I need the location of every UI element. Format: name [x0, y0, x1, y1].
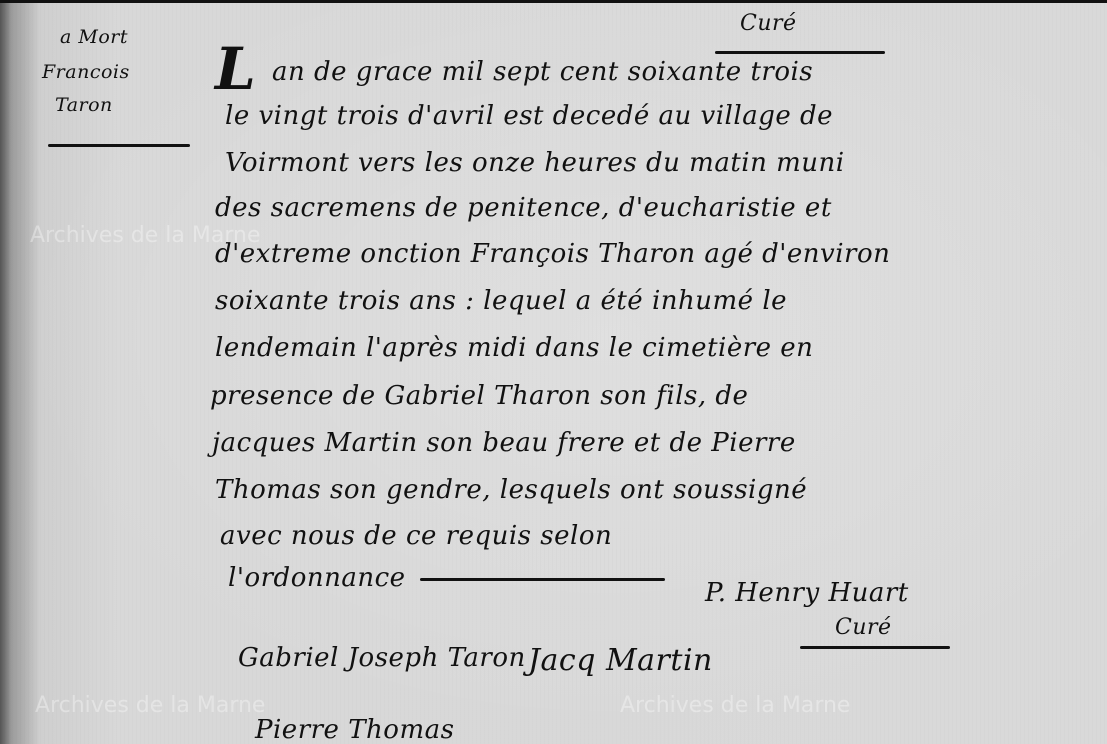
entry-line-8: presence de Gabriel Tharon son fils, de [210, 381, 748, 411]
witness-signature-1: Gabriel Joseph Taron [238, 643, 526, 673]
priest-signature: P. Henry Huart [705, 578, 909, 608]
watermark-lower-right: Archives de la Marne [620, 693, 850, 718]
previous-entry-rule [715, 51, 885, 54]
entry-line-3: Voirmont vers les onze heures du matin m… [225, 148, 845, 178]
entry-line-2: le vingt trois d'avril est decedé au vil… [225, 101, 833, 131]
previous-entry-cure: Curé [740, 11, 797, 36]
drop-cap: L [215, 35, 256, 103]
entry-line-7: lendemain l'après midi dans le cimetière… [215, 333, 813, 363]
entry-line-6: soixante trois ans : lequel a été inhumé… [215, 286, 787, 316]
entry-closing-rule [420, 578, 665, 581]
entry-line-4: des sacremens de penitence, d'eucharisti… [215, 193, 832, 223]
manuscript-page: Curé a Mort Francois Taron L an de grace… [0, 3, 1107, 744]
entry-line-1: an de grace mil sept cent soixante trois [272, 57, 813, 87]
margin-note-rule [48, 144, 190, 147]
watermark-lower-left: Archives de la Marne [35, 693, 265, 718]
witness-signature-3: Pierre Thomas [255, 715, 454, 744]
binding-shadow [0, 3, 40, 744]
entry-line-12: l'ordonnance [228, 563, 406, 593]
margin-note-line-2: Francois [42, 60, 130, 84]
entry-line-10: Thomas son gendre, lesquels ont soussign… [215, 475, 807, 505]
entry-line-5: d'extreme onction François Tharon agé d'… [215, 239, 890, 269]
margin-note-line-3: Taron [55, 93, 113, 117]
priest-signature-rule [800, 646, 950, 649]
entry-line-11: avec nous de ce requis selon [220, 521, 612, 551]
witness-signature-2: Jacq Martin [528, 643, 713, 678]
watermark-upper: Archives de la Marne [30, 223, 260, 248]
margin-note-line-1: a Mort [60, 25, 128, 49]
priest-title: Curé [835, 615, 892, 640]
entry-line-9: jacques Martin son beau frere et de Pier… [212, 428, 796, 458]
